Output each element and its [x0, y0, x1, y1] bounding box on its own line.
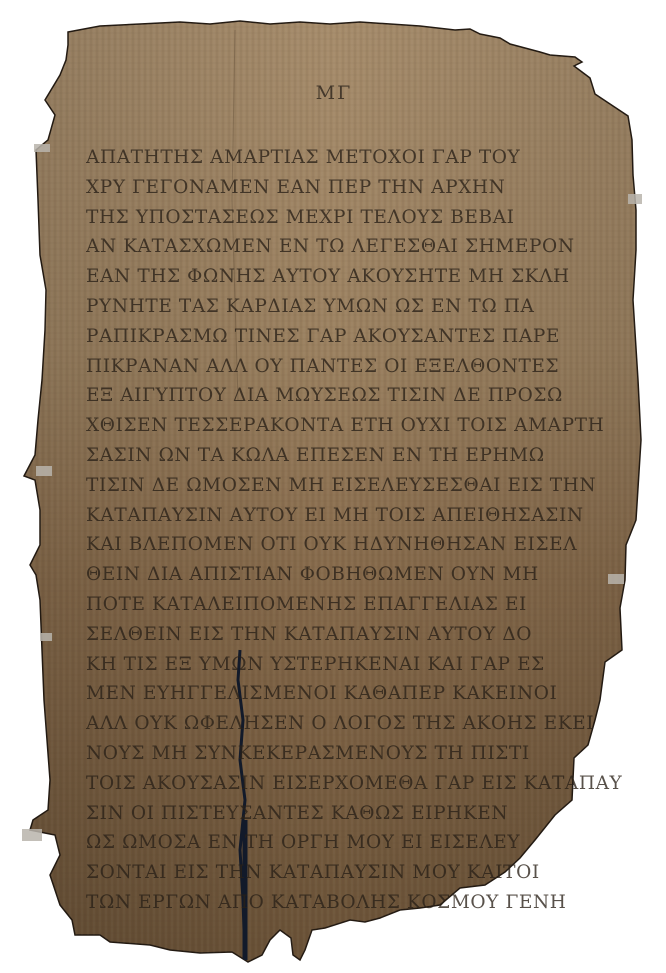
- text-line: ΡΥΝΗΤΕ ΤΑΣ ΚΑΡΔΙΑΣ ΥΜΩΝ ΩΣ ΕΝ ΤΩ ΠΑ: [86, 292, 626, 322]
- text-line: ΕΞ ΑΙΓΥΠΤΟΥ ΔΙΑ ΜΩΥΣΕΩΣ ΤΙΣΙΝ ΔΕ ΠΡΟΣΩ: [86, 381, 626, 411]
- text-line: ΣΟΝΤΑΙ ΕΙΣ ΤΗΝ ΚΑΤΑΠΑΥΣΙΝ ΜΟΥ ΚΑΙΤΟΙ: [86, 858, 626, 888]
- text-line: ΤΗΣ ΥΠΟΣΤΑΣΕΩΣ ΜΕΧΡΙ ΤΕΛΟΥΣ ΒΕΒΑΙ: [86, 203, 626, 233]
- text-line: ΧΡΥ ΓΕΓΟΝΑΜΕΝ ΕΑΝ ΠΕΡ ΤΗΝ ΑΡΧΗΝ: [86, 173, 626, 203]
- text-line: ΚΑΙ ΒΛΕΠΟΜΕΝ ΟΤΙ ΟΥΚ ΗΔΥΝΗΘΗΣΑΝ ΕΙΣΕΛ: [86, 530, 626, 560]
- text-line: ΝΟΥΣ ΜΗ ΣΥΝΚΕΚΕΡΑΣΜΕΝΟΥΣ ΤΗ ΠΙΣΤΙ: [86, 739, 626, 769]
- text-line: ΘΕΙΝ ΔΙΑ ΑΠΙΣΤΙΑΝ ΦΟΒΗΘΩΜΕΝ ΟΥΝ ΜΗ: [86, 560, 626, 590]
- text-line: ΣΕΛΘΕΙΝ ΕΙΣ ΤΗΝ ΚΑΤΑΠΑΥΣΙΝ ΑΥΤΟΥ ΔΟ: [86, 620, 626, 650]
- mounting-tab-left-2: [36, 466, 52, 476]
- text-line: ΜΕΝ ΕΥΗΓΓΕΛΙΣΜΕΝΟΙ ΚΑΘΑΠΕΡ ΚΑΚΕΙΝΟΙ: [86, 679, 626, 709]
- text-line: ΤΩΝ ΕΡΓΩΝ ΑΠΟ ΚΑΤΑΒΟΛΗΣ ΚΟΣΜΟΥ ΓΕΝΗ: [86, 888, 626, 918]
- folio-number: ΜΓ: [316, 82, 353, 104]
- text-line: ΣΑΣΙΝ ΩΝ ΤΑ ΚΩΛΑ ΕΠΕΣΕΝ ΕΝ ΤΗ ΕΡΗΜΩ: [86, 441, 626, 471]
- text-line: ΑΠΑΤΗΤΗΣ ΑΜΑΡΤΙΑΣ ΜΕΤΟΧΟΙ ΓΑΡ ΤΟΥ: [86, 143, 626, 173]
- text-line: ΠΟΤΕ ΚΑΤΑΛΕΙΠΟΜΕΝΗΣ ΕΠΑΓΓΕΛΙΑΣ ΕΙ: [86, 590, 626, 620]
- text-line: ΑΝ ΚΑΤΑΣΧΩΜΕΝ ΕΝ ΤΩ ΛΕΓΕΣΘΑΙ ΣΗΜΕΡΟΝ: [86, 232, 626, 262]
- text-line: ΣΙΝ ΟΙ ΠΙΣΤΕΥΣΑΝΤΕΣ ΚΑΘΩΣ ΕΙΡΗΚΕΝ: [86, 799, 626, 829]
- text-line: ΠΙΚΡΑΝΑΝ ΑΛΛ ΟΥ ΠΑΝΤΕΣ ΟΙ ΕΞΕΛΘΟΝΤΕΣ: [86, 352, 626, 382]
- text-line: ΤΟΙΣ ΑΚΟΥΣΑΣΙΝ ΕΙΣΕΡΧΟΜΕΘΑ ΓΑΡ ΕΙΣ ΚΑΤΑΠ…: [86, 769, 626, 799]
- text-line: ΚΑΤΑΠΑΥΣΙΝ ΑΥΤΟΥ ΕΙ ΜΗ ΤΟΙΣ ΑΠΕΙΘΗΣΑΣΙΝ: [86, 501, 626, 531]
- text-line: ΤΙΣΙΝ ΔΕ ΩΜΟΣΕΝ ΜΗ ΕΙΣΕΛΕΥΣΕΣΘΑΙ ΕΙΣ ΤΗΝ: [86, 471, 626, 501]
- text-line: ΑΛΛ ΟΥΚ ΩΦΕΛΗΣΕΝ Ο ΛΟΓΟΣ ΤΗΣ ΑΚΟΗΣ ΕΚΕΙ: [86, 709, 626, 739]
- text-line: ΡΑΠΙΚΡΑΣΜΩ ΤΙΝΕΣ ΓΑΡ ΑΚΟΥΣΑΝΤΕΣ ΠΑΡΕ: [86, 322, 626, 352]
- mounting-tab-left-3: [40, 633, 52, 641]
- mounting-tab-left-4: [22, 829, 42, 841]
- mounting-tab-left-1: [34, 144, 50, 152]
- mounting-tab-right-1: [628, 194, 642, 204]
- text-line: ΩΣ ΩΜΟΣΑ ΕΝ ΤΗ ΟΡΓΗ ΜΟΥ ΕΙ ΕΙΣΕΛΕΥ: [86, 828, 626, 858]
- text-line: ΚΗ ΤΙΣ ΕΞ ΥΜΩΝ ΥΣΤΕΡΗΚΕΝΑΙ ΚΑΙ ΓΑΡ ΕΣ: [86, 650, 626, 680]
- papyrus-photo: ΜΓ ΑΠΑΤΗΤΗΣ ΑΜΑΡΤΙΑΣ ΜΕΤΟΧΟΙ ΓΑΡ ΤΟΥ ΧΡΥ…: [0, 0, 666, 973]
- manuscript-text: ΑΠΑΤΗΤΗΣ ΑΜΑΡΤΙΑΣ ΜΕΤΟΧΟΙ ΓΑΡ ΤΟΥ ΧΡΥ ΓΕ…: [86, 143, 626, 918]
- text-line: ΧΘΙΣΕΝ ΤΕΣΣΕΡΑΚΟΝΤΑ ΕΤΗ ΟΥΧΙ ΤΟΙΣ ΑΜΑΡΤΗ: [86, 411, 626, 441]
- text-line: ΕΑΝ ΤΗΣ ΦΩΝΗΣ ΑΥΤΟΥ ΑΚΟΥΣΗΤΕ ΜΗ ΣΚΛΗ: [86, 262, 626, 292]
